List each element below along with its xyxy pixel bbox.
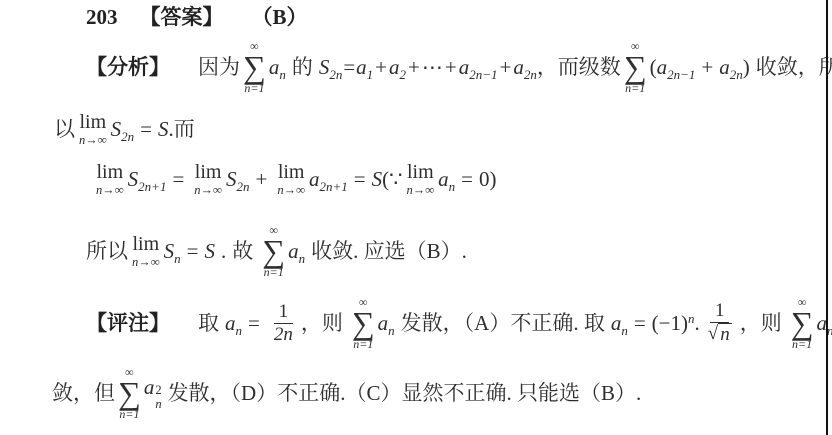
plus-sign: + — [445, 55, 457, 80]
limit-operator: lim n→∞ — [96, 162, 124, 197]
limit-operator: lim n→∞ — [79, 112, 107, 147]
var-letter: a — [309, 167, 320, 191]
text-diverge-a: 发散，（A）不正确. 取 — [401, 311, 605, 336]
page-edge-line — [826, 0, 828, 435]
text-gu: 故 — [232, 239, 253, 264]
ellipsis: ⋯ — [422, 55, 443, 80]
var-subscript: 2n — [121, 129, 134, 144]
math-var-an-squared: a2n — [144, 375, 162, 412]
text-comma-ze: ，则 — [301, 311, 343, 336]
math-var-an: an — [378, 311, 395, 336]
math-var-an: an — [225, 311, 242, 336]
var-subscript: n — [449, 179, 456, 194]
text-dot-er: .而 — [169, 117, 195, 142]
var-subscript: n — [236, 323, 243, 338]
limit-operator: lim n→∞ — [277, 162, 305, 197]
var-letter: a — [438, 167, 449, 191]
var-letter: a — [288, 239, 299, 263]
math-var-a2n-1: a2n−1 — [657, 55, 696, 80]
math-var-a2: a2 — [389, 55, 406, 80]
var-subscript: n — [388, 323, 395, 338]
answer-line: 203 【答案】 （B） — [86, 5, 308, 30]
neg-one-paren: (−1) — [652, 311, 688, 335]
text-converge-suo: 收敛，所 — [756, 55, 832, 80]
summation-symbol: ∞ ∑ n=1 — [262, 224, 285, 278]
right-paren: ) — [490, 167, 497, 192]
sigma-glyph: ∑ — [791, 308, 814, 338]
radicand: n — [718, 323, 732, 346]
var-letter: a — [611, 311, 622, 335]
math-var-an: an — [269, 55, 286, 80]
var-subscript: 2n+1 — [138, 179, 166, 194]
plus-sign: + — [701, 55, 713, 80]
var-letter: a — [459, 55, 470, 79]
analysis-line-1: 【分析】 因为 ∞ ∑ n=1 an 的 S2n = a1 + a2 + ⋯ +… — [86, 40, 832, 94]
lim-subscript: n→∞ — [132, 256, 160, 269]
text-remark-tail: 发散，（D）不正确.（C）显然不正确. 只能选（B）. — [168, 381, 642, 406]
zero-value: 0 — [479, 167, 490, 192]
math-var-an: an — [288, 239, 305, 264]
plus-sign: + — [255, 167, 267, 192]
multiplication-dot: . — [695, 311, 700, 336]
math-var-s2n1: S2n+1 — [128, 167, 167, 192]
text-qu: 取 — [198, 311, 219, 336]
sum-lower-limit: n=1 — [792, 338, 812, 350]
math-var-an: an — [438, 167, 455, 192]
var-subscript: 2n — [524, 67, 537, 82]
limit-operator: lim n→∞ — [194, 162, 222, 197]
var-superscript: 2 — [155, 383, 161, 397]
lim-text: lim — [97, 162, 124, 182]
period: . — [221, 239, 226, 264]
lim-text: lim — [80, 112, 107, 132]
var-subscript: n — [299, 251, 306, 266]
text-lian-dan: 敛，但 — [52, 381, 115, 406]
math-var-s: S — [205, 239, 216, 264]
math-var-sn: Sn — [164, 239, 181, 264]
summation-symbol: ∞ ∑ n=1 — [243, 40, 266, 94]
sum-lower-limit: n=1 — [353, 338, 373, 350]
sum-lower-limit: n=1 — [264, 266, 284, 278]
math-var-a2n: a2n — [513, 55, 537, 80]
text-suoyi: 所以 — [86, 239, 128, 264]
left-paren: ( — [650, 55, 657, 80]
var-letter: S — [319, 55, 330, 79]
var-subscript: 1 — [367, 67, 374, 82]
var-subscript: 2n−1 — [469, 67, 497, 82]
var-letter: a — [389, 55, 400, 79]
lim-text: lim — [407, 162, 434, 182]
math-var-s2n: S2n — [226, 167, 250, 192]
text-conclusion-tail: 收敛. 应选（B）. — [311, 239, 467, 264]
power-exponent: n — [688, 311, 695, 326]
sigma-glyph: ∑ — [352, 308, 375, 338]
analysis-equation-line: lim n→∞ S2n+1 = lim n→∞ S2n + lim n→∞ a2… — [92, 162, 497, 197]
lim-subscript: n→∞ — [79, 134, 107, 147]
problem-number: 203 — [86, 5, 118, 30]
sum-lower-limit: n=1 — [119, 408, 139, 420]
equals-sign: = — [172, 167, 184, 192]
var-subscript: n — [155, 397, 161, 411]
var-letter: a — [144, 375, 155, 399]
lim-text: lim — [278, 162, 305, 182]
math-var-s: S — [372, 167, 383, 192]
var-subscript: 2n−1 — [667, 67, 695, 82]
math-var-s: S — [158, 117, 169, 142]
sum-lower-limit: n=1 — [244, 82, 264, 94]
math-var-a2n-1: a2n−1 — [459, 55, 498, 80]
var-letter: a — [225, 311, 236, 335]
lim-subscript: n→∞ — [406, 184, 434, 197]
math-var-an: an — [611, 311, 628, 336]
math-var-an: an — [817, 311, 832, 336]
lim-text: lim — [195, 162, 222, 182]
fraction-1-over-2n: 1 2n — [271, 301, 296, 346]
var-letter: S — [111, 117, 122, 141]
sigma-glyph: ∑ — [243, 52, 266, 82]
sigma-glyph: ∑ — [624, 52, 647, 82]
equals-sign: = — [634, 311, 646, 336]
var-subscript: 2 — [400, 67, 407, 82]
summation-symbol: ∞ ∑ n=1 — [352, 296, 375, 350]
text-de: 的 — [292, 55, 313, 80]
var-subscript: 2n+1 — [319, 179, 347, 194]
answer-label: 【答案】 — [140, 5, 224, 30]
var-letter: a — [356, 55, 367, 79]
text-comma-series: ，而级数 — [537, 55, 621, 80]
var-letter: a — [378, 311, 389, 335]
var-subscript: n — [174, 251, 181, 266]
right-paren: ) — [743, 55, 750, 80]
fraction-1-over-sqrt-n: 1 √n — [705, 300, 735, 346]
lim-text: lim — [133, 234, 160, 254]
math-var-a1: a1 — [356, 55, 373, 80]
analysis-line-2: 以 lim n→∞ S2n = S .而 — [54, 112, 195, 147]
var-subscript: 2n — [329, 67, 342, 82]
plus-sign: + — [499, 55, 511, 80]
analysis-label: 【分析】 — [86, 55, 170, 80]
left-paren: ( — [382, 167, 389, 192]
remark-line-1: 【评注】 取 an = 1 2n ，则 ∞ ∑ n=1 an 发散，（A）不正确… — [86, 296, 832, 350]
var-letter: S — [164, 239, 175, 263]
math-var-s2n: S2n — [111, 117, 135, 142]
plus-sign: + — [375, 55, 387, 80]
text-comma-ze: ，则 — [740, 311, 782, 336]
lim-subscript: n→∞ — [96, 184, 124, 197]
fraction-denominator: 2n — [271, 324, 296, 346]
sigma-glyph: ∑ — [262, 236, 285, 266]
math-var-s2n: S2n — [319, 55, 343, 80]
equals-sign: = — [248, 311, 260, 336]
equals-sign: = — [343, 55, 355, 80]
fraction-numerator: 1 — [710, 300, 730, 323]
equals-sign: = — [354, 167, 366, 192]
summation-symbol: ∞ ∑ n=1 — [118, 366, 141, 420]
math-var-a2n1: a2n+1 — [309, 167, 348, 192]
var-letter: a — [657, 55, 668, 79]
equals-sign: = — [461, 167, 473, 192]
sigma-glyph: ∑ — [118, 378, 141, 408]
sum-lower-limit: n=1 — [625, 82, 645, 94]
plus-sign: + — [408, 55, 420, 80]
because-symbol: ∵ — [389, 167, 402, 192]
var-letter: a — [719, 55, 730, 79]
fraction-denominator: √n — [705, 323, 735, 346]
document-page: 203 【答案】 （B） 【分析】 因为 ∞ ∑ n=1 an 的 S2n = … — [0, 0, 832, 435]
fraction-numerator: 1 — [274, 301, 294, 324]
var-subscript: n — [279, 67, 286, 82]
text-yi: 以 — [54, 117, 75, 142]
math-var-a2n: a2n — [719, 55, 743, 80]
radical-sign: √ — [708, 323, 718, 345]
var-subscript: 2n — [236, 179, 249, 194]
var-letter: S — [128, 167, 139, 191]
equals-sign: = — [187, 239, 199, 264]
var-supsub: 2n — [155, 383, 161, 412]
var-subscript: n — [621, 323, 628, 338]
limit-operator: lim n→∞ — [406, 162, 434, 197]
summation-symbol: ∞ ∑ n=1 — [791, 296, 814, 350]
lim-subscript: n→∞ — [277, 184, 305, 197]
lim-subscript: n→∞ — [194, 184, 222, 197]
summation-symbol: ∞ ∑ n=1 — [624, 40, 647, 94]
var-letter: S — [226, 167, 237, 191]
neg-one-power-n: (−1)n — [652, 311, 695, 336]
var-subscript: 2n — [730, 67, 743, 82]
var-letter: a — [513, 55, 524, 79]
text-because: 因为 — [198, 55, 240, 80]
remark-label: 【评注】 — [86, 311, 170, 336]
answer-value: （B） — [252, 5, 308, 30]
analysis-conclusion-line: 所以 lim n→∞ Sn = S . 故 ∞ ∑ n=1 an 收敛. 应选（… — [86, 224, 467, 278]
remark-line-2: 敛，但 ∞ ∑ n=1 a2n 发散，（D）不正确.（C）显然不正确. 只能选（… — [52, 366, 641, 420]
var-letter: a — [269, 55, 280, 79]
limit-operator: lim n→∞ — [132, 234, 160, 269]
equals-sign: = — [140, 117, 152, 142]
